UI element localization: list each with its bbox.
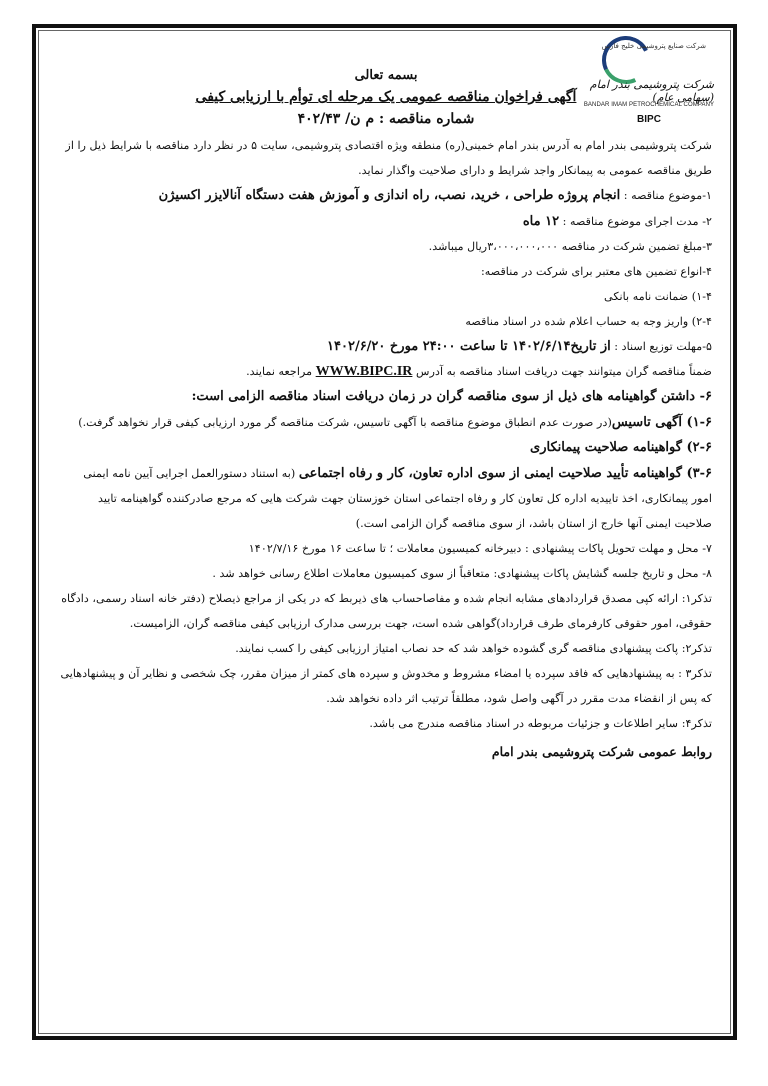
announcement-body: بسمه تعالی آگهی فراخوان مناقصه عمومی یک … — [60, 66, 712, 759]
intro-paragraph: شرکت پتروشیمی بندر امام به آدرس بندر اما… — [60, 133, 712, 183]
item-opening: ۸- محل و تاریخ جلسه گشایش پاکات پیشنهادی… — [60, 561, 712, 586]
guarantee-deposit: ۲-۴) واریز وجه به حساب اعلام شده در اسنا… — [60, 309, 712, 334]
item-delivery: ۷- محل و مهلت تحویل پاکات پیشنهادی : دبی… — [60, 536, 712, 561]
cert-3: ۳-۶) گواهینامه تأیید صلاحیت ایمنی از سوی… — [60, 461, 712, 536]
logo-subsidiary-text: شرکت صنایع پتروشیمی خلیج فارس — [601, 42, 706, 50]
page-title: آگهی فراخوان مناقصه عمومی یک مرحله ای تو… — [60, 89, 712, 105]
cert-1: ۱-۶) آگهی تاسیس(در صورت عدم انطباق موضوع… — [60, 410, 712, 435]
distribution-value: از تاریخ۱۴۰۲/۶/۱۴ تا ساعت ۲۴:۰۰ مورخ ۱۴۰… — [327, 339, 611, 354]
download-before: ضمناً مناقصه گران میتوانند جهت دریافت اس… — [412, 365, 712, 378]
note-2: تذکر۲: پاکت پیشنهادی مناقصه گری گشوده خو… — [60, 636, 712, 661]
tender-number: شماره مناقصه : م ن/ ۴۰۲/۴۳ — [60, 111, 712, 127]
duration-label: ۲- مدت اجرای موضوع مناقصه : — [559, 215, 712, 228]
item-guarantee-amount: ۳-مبلغ تضمین شرکت در مناقصه ۳،۰۰۰،۰۰۰،۰۰… — [60, 234, 712, 259]
note-1: تذکر۱: ارائه کپی مصدق قراردادهای مشابه ا… — [60, 586, 712, 636]
download-after: مراجعه نمایند. — [246, 365, 316, 378]
signature: روابط عمومی شرکت پتروشیمی بندر امام — [60, 744, 712, 759]
duration-value: ۱۲ ماه — [523, 214, 559, 229]
guarantee-bank: ۱-۴) ضمانت نامه بانکی — [60, 284, 712, 309]
distribution-label: ۵-مهلت توزیع اسناد : — [611, 340, 712, 353]
subject-label: ۱-موضوع مناقصه : — [620, 189, 712, 202]
note-3: تذکر۳ : به پیشنهادهایی که فاقد سپرده یا … — [60, 661, 712, 711]
item-duration: ۲- مدت اجرای موضوع مناقصه : ۱۲ ماه — [60, 209, 712, 234]
download-note: ضمناً مناقصه گران میتوانند جهت دریافت اس… — [60, 359, 712, 384]
cert-3-label: ۳-۶) گواهینامه تأیید صلاحیت ایمنی از سوی… — [299, 466, 712, 481]
item-subject: ۱-موضوع مناقصه : انجام پروژه طراحی ، خری… — [60, 183, 712, 209]
website-link[interactable]: WWW.BIPC.IR — [316, 364, 413, 379]
certs-heading: ۶- داشتن گواهینامه های ذیل از سوی مناقصه… — [60, 384, 712, 410]
cert-1-label: ۱-۶) آگهی تاسیس — [612, 415, 712, 430]
cert-2: ۲-۶) گواهینامه صلاحیت پیمانکاری — [60, 435, 712, 461]
item-distribution: ۵-مهلت توزیع اسناد : از تاریخ۱۴۰۲/۶/۱۴ ت… — [60, 334, 712, 359]
cert-1-text: (در صورت عدم انطباق موضوع مناقصه با آگهی… — [78, 416, 612, 429]
item-guarantee-types: ۴-انواع تضمین های معتبر برای شرکت در منا… — [60, 259, 712, 284]
subject-value: انجام پروژه طراحی ، خرید، نصب، راه انداز… — [159, 188, 621, 203]
note-4: تذکر۴: سایر اطلاعات و جزئیات مربوطه در ا… — [60, 711, 712, 736]
invocation: بسمه تعالی — [60, 68, 712, 83]
